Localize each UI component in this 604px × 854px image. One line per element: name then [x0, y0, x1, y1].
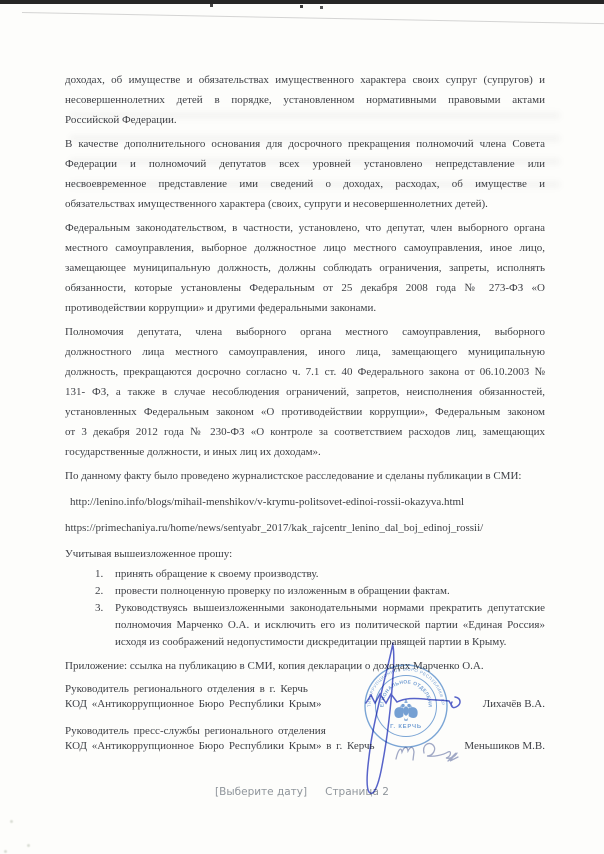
request-list: 1. принять обращение к своему производст…: [65, 566, 545, 651]
scan-speck: [27, 844, 30, 847]
scan-speck: [10, 820, 13, 823]
signatory-position: Руководитель пресс-службы регионального …: [65, 724, 375, 754]
list-item-text: принять обращение к своему производству.: [115, 566, 545, 583]
list-item-text: Руководствуясь вышеизложенными законодат…: [115, 600, 545, 651]
scanned-document-page: АНТИКОРРУПЦИОННОЕ БЮРО РЕСПУБЛИКИ КРЫМ Р…: [0, 0, 604, 854]
date-placeholder: [Выберите дату]: [215, 786, 307, 798]
paragraph-termination-of-powers: Полномочия депутата, члена выборного орг…: [65, 322, 545, 462]
page-number: Страница 2: [325, 786, 389, 798]
position-line: Руководитель пресс-службы регионального …: [65, 724, 375, 739]
document-body: доходах, об имуществе и обязательствах и…: [65, 70, 545, 754]
publication-url-2: https://primechaniya.ru/home/news/sentya…: [65, 518, 545, 538]
position-line: Руководитель регионального отделения в г…: [65, 682, 321, 697]
request-intro: Учитывая вышеизложенное прошу:: [65, 544, 545, 564]
list-item-number: 2.: [95, 583, 115, 600]
signatory-name: Лихачёв В.А.: [483, 697, 545, 712]
list-item-terminate-powers: 3. Руководствуясь вышеизложенными законо…: [65, 600, 545, 651]
position-line: КОД «Антикоррупционное Бюро Республики К…: [65, 739, 375, 754]
page-footer: [Выберите дату] Страница 2: [0, 786, 604, 798]
position-line: КОД «Антикоррупционное Бюро Республики К…: [65, 697, 321, 712]
scan-speck: [4, 850, 7, 853]
media-investigation-intro: По данному факту было проведено журналис…: [65, 466, 545, 486]
attachment-note: Приложение: ссылка на публикацию в СМИ, …: [65, 656, 545, 676]
list-item-text: провести полноценную проверку по изложен…: [115, 583, 545, 600]
signature-block-likhachev: Руководитель регионального отделения в г…: [65, 682, 545, 712]
signatory-position: Руководитель регионального отделения в г…: [65, 682, 321, 712]
paragraph-federal-law-273: Федеральным законодательством, в частнос…: [65, 218, 545, 318]
paragraph-income-duty: доходах, об имуществе и обязательствах и…: [65, 70, 545, 130]
list-item-number: 3.: [95, 600, 115, 651]
list-item-accept: 1. принять обращение к своему производст…: [65, 566, 545, 583]
signature-block-menshikov: Руководитель пресс-службы регионального …: [65, 724, 545, 754]
list-item-verify: 2. провести полноценную проверку по изло…: [65, 583, 545, 600]
scan-edge-artifact: [0, 0, 604, 4]
publication-url-1: http://lenino.info/blogs/mihail-menshiko…: [65, 492, 545, 512]
list-item-number: 1.: [95, 566, 115, 583]
scan-fold-line: [22, 12, 604, 24]
paragraph-additional-grounds: В качестве дополнительного основания для…: [65, 134, 545, 214]
signatory-name: Меньшиков М.В.: [464, 739, 545, 754]
